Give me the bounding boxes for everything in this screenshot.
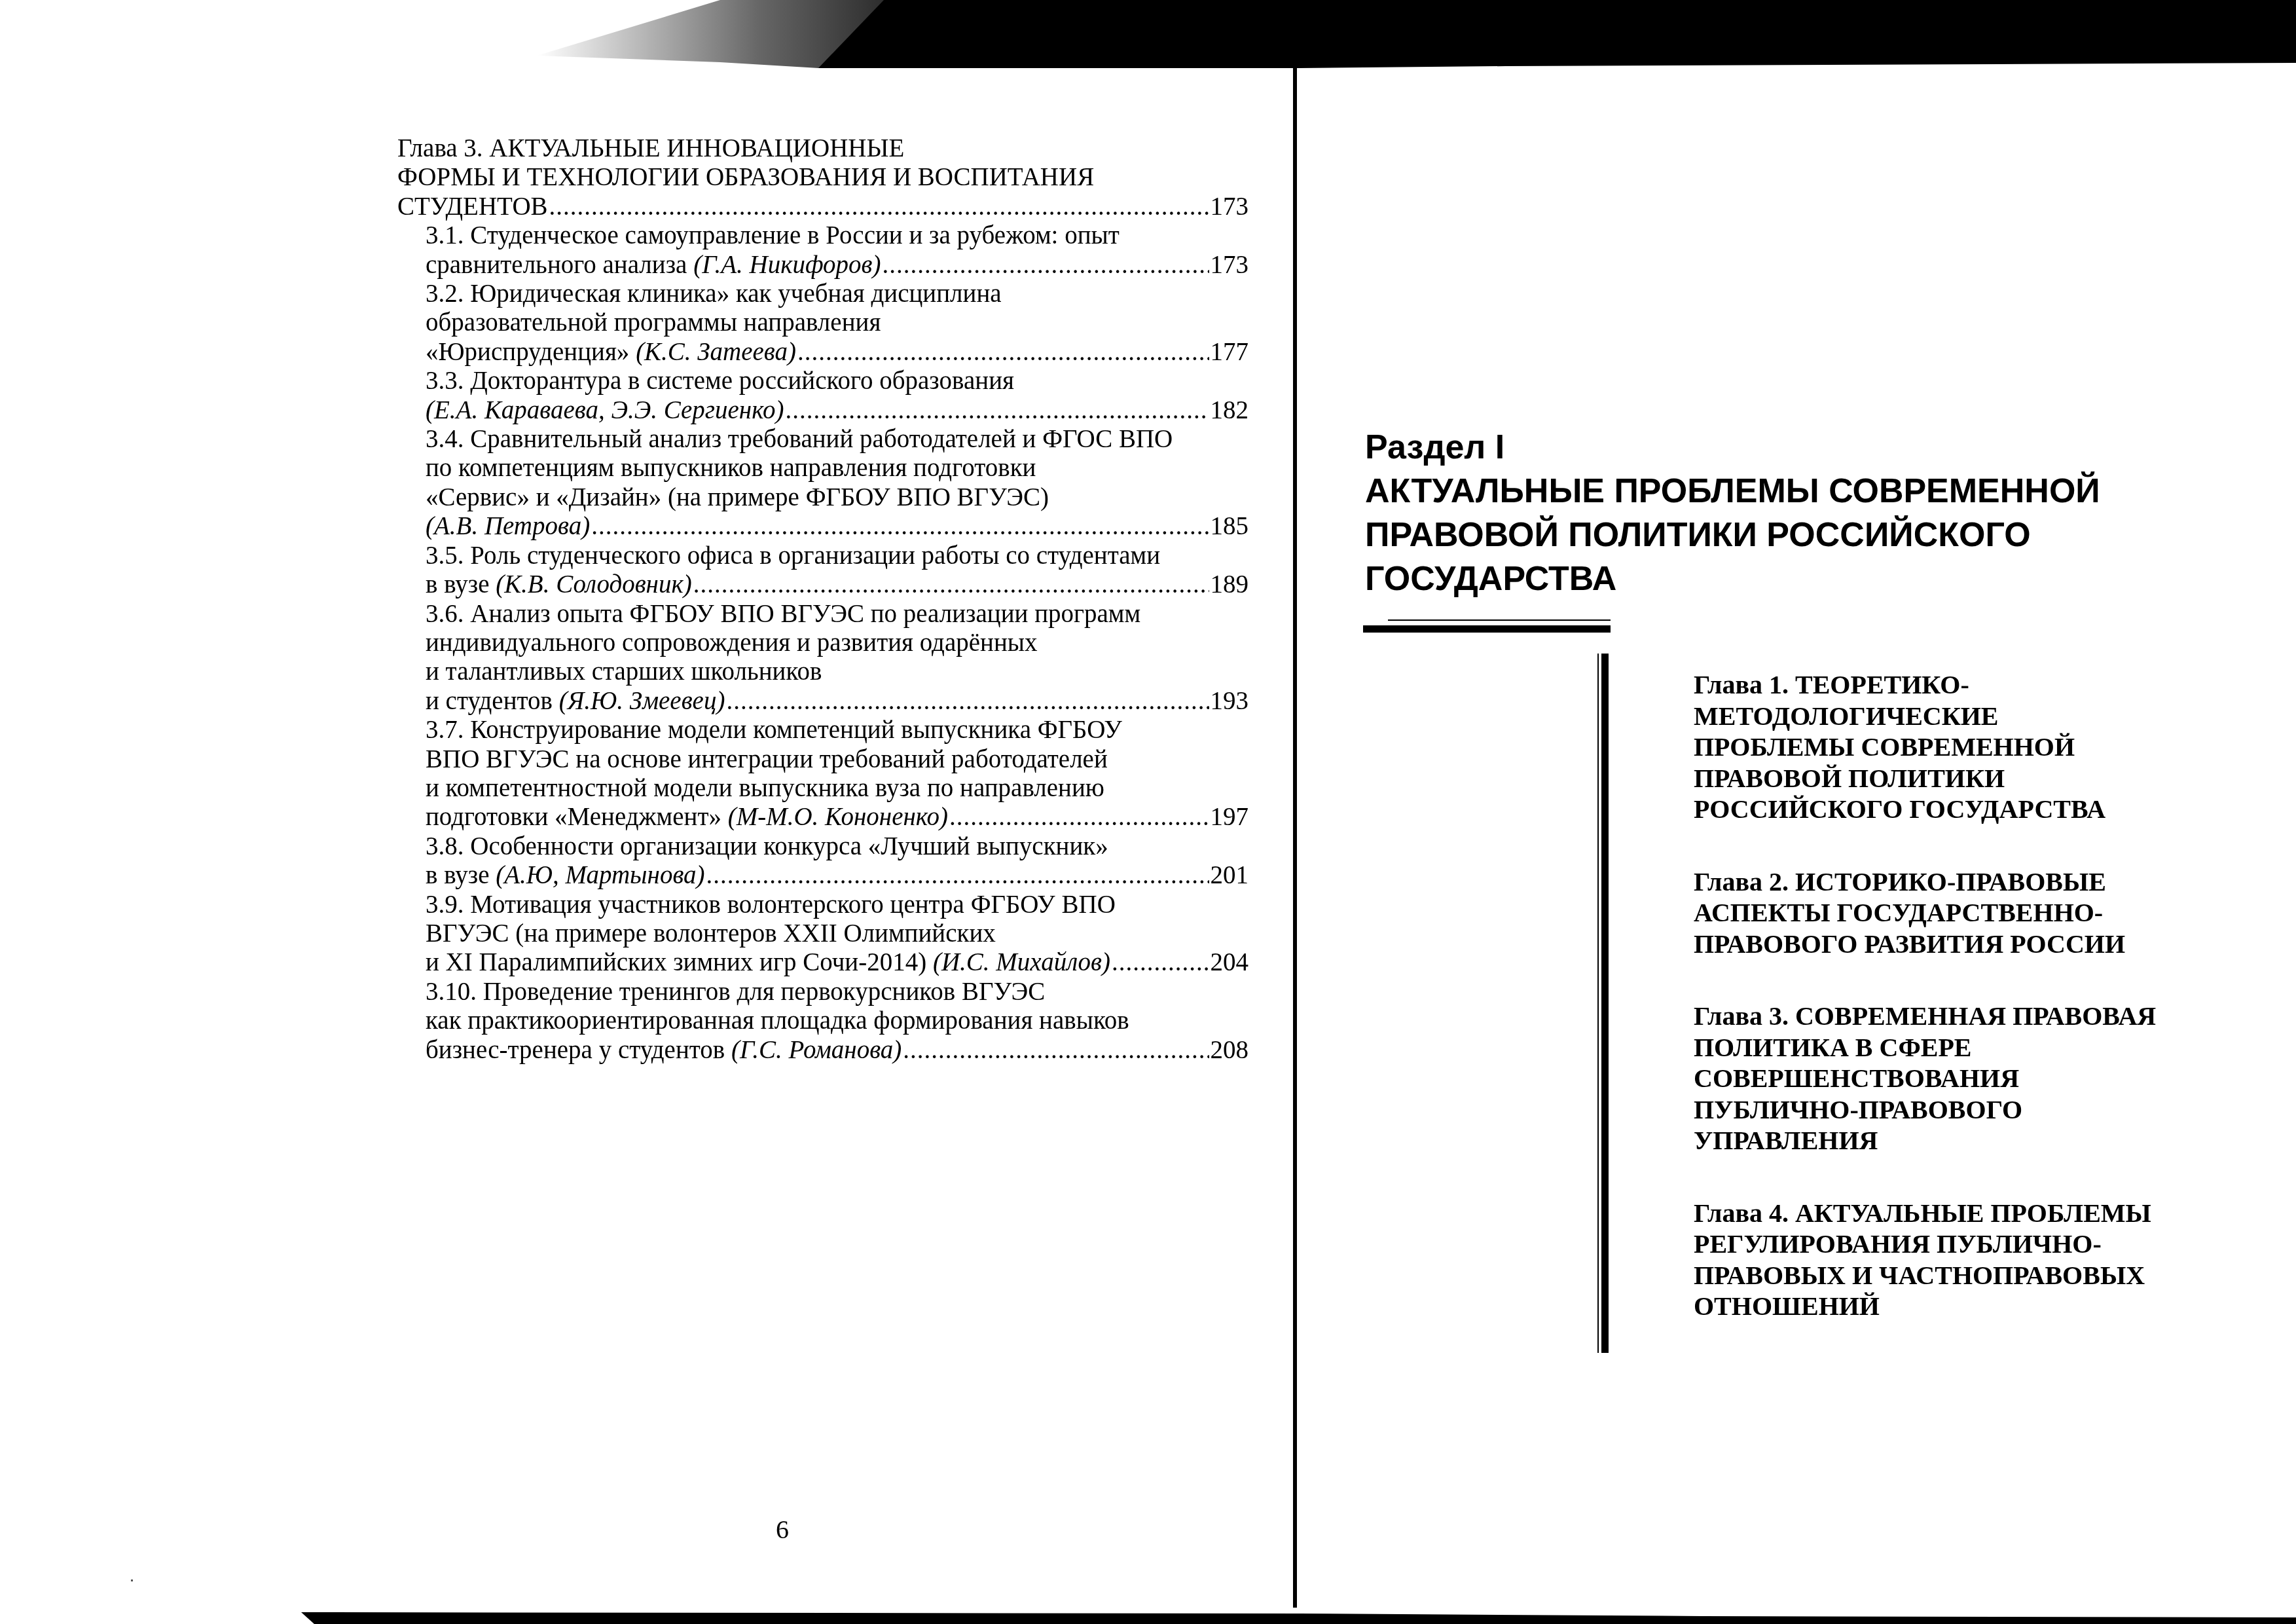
section-title-line: АКТУАЛЬНЫЕ ПРОБЛЕМЫ СОВРЕМЕННОЙ [1365,470,2269,513]
chapter-heading: Глава 3. СОВРЕМЕННАЯ ПРАВОВАЯПОЛИТИКА В … [1694,1001,2283,1156]
chapter-line: ПРОБЛЕМЫ СОВРЕМЕННОЙ [1694,731,2283,763]
toc-line-text: и XI Паралимпийских зимних игр Сочи-2014… [426,948,933,976]
chapter-list: Глава 1. ТЕОРЕТИКО-МЕТОДОЛОГИЧЕСКИЕПРОБЛ… [1694,669,2283,1363]
section-title-line: ПРАВОВОЙ ПОЛИТИКИ РОССИЙСКОГО [1365,513,2269,557]
toc-line-text: и студентов [426,687,559,715]
chapter-line: РОССИЙСКОГО ГОСУДАРСТВА [1694,794,2283,825]
toc-line-text: в вузе [426,861,496,889]
toc-page-number: 182 [1211,396,1249,425]
toc-entry[interactable]: 3.1. Студенческое самоуправление в Росси… [397,221,1248,280]
toc-line-last: в вузе (К.В. Солодовник)189 [426,570,1248,599]
toc-line-text: ВПО ВГУЭС на основе интеграции требовани… [426,745,1248,774]
toc-lead-text: подготовки «Менеджмент» (М-М.О. Кононенк… [426,803,948,832]
dot-leader [882,251,1209,280]
chapter-line: ОТНОШЕНИЙ [1694,1291,2283,1322]
toc-line-text: 3.2. Юридическая клиника» как учебная ди… [426,280,1248,308]
toc-entry[interactable]: 3.10. Проведение тренингов для первокурс… [397,978,1248,1065]
section-label: Раздел I [1365,426,2269,470]
table-of-contents: Глава 3. АКТУАЛЬНЫЕ ИННОВАЦИОННЫЕФОРМЫ И… [397,134,1248,1065]
chapter-line: Глава 4. АКТУАЛЬНЫЕ ПРОБЛЕМЫ [1694,1198,2283,1229]
toc-line-text: 3.4. Сравнительный анализ требований раб… [426,425,1248,454]
toc-line-last: и студентов (Я.Ю. Змеевец)193 [426,687,1248,716]
dot-leader [797,338,1209,367]
toc-entry[interactable]: 3.2. Юридическая клиника» как учебная ди… [397,280,1248,367]
toc-lead-text: сравнительного анализа (Г.А. Никифоров) [426,251,881,280]
toc-line-last: бизнес-тренера у студентов (Г.С. Романов… [426,1036,1248,1065]
toc-entry[interactable]: 3.4. Сравнительный анализ требований раб… [397,425,1248,542]
toc-author: (А.В. Петрова) [426,512,590,540]
toc-line-last: и XI Паралимпийских зимних игр Сочи-2014… [426,948,1248,977]
toc-lead-text: (А.В. Петрова) [426,512,590,541]
toc-entry[interactable]: 3.9. Мотивация участников волонтерского … [397,891,1248,978]
toc-author: (М-М.О. Кононенко) [728,803,948,831]
toc-line-last: «Юриспруденция» (К.С. Затеева)177 [426,338,1248,367]
toc-line-last: в вузе (А.Ю, Мартынова)201 [426,861,1248,890]
dot-leader [726,687,1209,716]
chapter-line: Глава 1. ТЕОРЕТИКО- [1694,669,2283,701]
toc-lead-text: СТУДЕНТОВ [397,193,548,221]
toc-line-last: сравнительного анализа (Г.А. Никифоров)1… [426,251,1248,280]
toc-entry[interactable]: 3.3. Докторантура в системе российского … [397,367,1248,425]
toc-page-number: 193 [1211,687,1249,716]
toc-line-text: 3.9. Мотивация участников волонтерского … [426,891,1248,919]
scan-speck [131,1579,133,1581]
toc-line-text: образовательной программы направления [426,308,1248,337]
toc-author: (И.С. Михайлов) [933,948,1110,976]
toc-line-text: СТУДЕНТОВ [397,193,548,221]
chapter-line: Глава 2. ИСТОРИКО-ПРАВОВЫЕ [1694,866,2283,898]
toc-page-number: 201 [1211,861,1249,890]
dot-leader [949,803,1209,832]
toc-entry[interactable]: 3.8. Особенности организации конкурса «Л… [397,832,1248,891]
toc-entry[interactable]: 3.6. Анализ опыта ФГБОУ ВПО ВГУЭС по реа… [397,600,1248,716]
dot-leader [591,512,1209,541]
toc-author: (Е.А. Караваева, Э.Э. Сергиенко) [426,396,784,424]
toc-line-last: (А.В. Петрова)185 [426,512,1248,541]
section-title: АКТУАЛЬНЫЕ ПРОБЛЕМЫ СОВРЕМЕННОЙПРАВОВОЙ … [1365,470,2269,601]
chapter-heading: Глава 1. ТЕОРЕТИКО-МЕТОДОЛОГИЧЕСКИЕПРОБЛ… [1694,669,2283,825]
section-heading: Раздел I АКТУАЛЬНЫЕ ПРОБЛЕМЫ СОВРЕМЕННОЙ… [1365,426,2269,601]
toc-lead-text: в вузе (А.Ю, Мартынова) [426,861,705,890]
toc-lead-text: и студентов (Я.Ю. Змеевец) [426,687,725,716]
toc-lead-text: (Е.А. Караваева, Э.Э. Сергиенко) [426,396,784,425]
toc-page-number: 177 [1211,338,1249,367]
toc-line-text: 3.5. Роль студенческого офиса в организа… [426,542,1248,570]
toc-line-last: (Е.А. Караваева, Э.Э. Сергиенко)182 [426,396,1248,425]
toc-entry[interactable]: Глава 3. АКТУАЛЬНЫЕ ИННОВАЦИОННЫЕФОРМЫ И… [397,134,1248,221]
toc-line-last: СТУДЕНТОВ173 [397,193,1248,221]
chapter-line: ПУБЛИЧНО-ПРАВОВОГО [1694,1094,2283,1126]
toc-page-number: 185 [1211,512,1249,541]
dot-leader [693,570,1209,599]
toc-page-number: 189 [1211,570,1249,599]
toc-page-number: 208 [1211,1036,1249,1065]
toc-lead-text: и XI Паралимпийских зимних игр Сочи-2014… [426,948,1110,977]
toc-page-number: 173 [1211,251,1249,280]
chapter-line: УПРАВЛЕНИЯ [1694,1125,2283,1156]
chapter-bar-thick [1601,654,1609,1353]
toc-line-text: Глава 3. АКТУАЛЬНЫЕ ИННОВАЦИОННЫЕ [397,134,1248,163]
toc-line-last: подготовки «Менеджмент» (М-М.О. Кононенк… [426,803,1248,832]
toc-line-text: как практикоориентированная площадка фор… [426,1006,1248,1035]
toc-line-text: ФОРМЫ И ТЕХНОЛОГИИ ОБРАЗОВАНИЯ И ВОСПИТА… [397,163,1248,192]
toc-author: (Я.Ю. Змеевец) [559,687,725,715]
chapter-line: СОВЕРШЕНСТВОВАНИЯ [1694,1063,2283,1094]
chapter-line: МЕТОДОЛОГИЧЕСКИЕ [1694,701,2283,732]
toc-line-text: ВГУЭС (на примере волонтеров XXII Олимпи… [426,919,1248,948]
toc-line-text: бизнес-тренера у студентов [426,1036,731,1064]
toc-line-text: 3.1. Студенческое самоуправление в Росси… [426,221,1248,250]
toc-lead-text: в вузе (К.В. Солодовник) [426,570,692,599]
toc-line-text: в вузе [426,570,496,599]
toc-line-text: сравнительного анализа [426,251,693,279]
toc-author: (К.В. Солодовник) [496,570,691,599]
toc-line-text: 3.3. Докторантура в системе российского … [426,367,1248,396]
chapter-heading: Глава 4. АКТУАЛЬНЫЕ ПРОБЛЕМЫРЕГУЛИРОВАНИ… [1694,1198,2283,1322]
chapter-line: АСПЕКТЫ ГОСУДАРСТВЕННО- [1694,897,2283,929]
toc-author: (К.С. Затеева) [636,338,796,366]
toc-entry[interactable]: 3.5. Роль студенческого офиса в организа… [397,542,1248,600]
chapter-line: ПРАВОВОЙ ПОЛИТИКИ [1694,763,2283,794]
scan-shadow-bottom [0,1598,2296,1624]
chapter-line: ПРАВОВОГО РАЗВИТИЯ РОССИИ [1694,929,2283,960]
toc-line-text: подготовки «Менеджмент» [426,803,728,831]
toc-line-text: 3.10. Проведение тренингов для первокурс… [426,978,1248,1006]
dot-leader [785,396,1209,425]
toc-line-text: и талантливых старших школьников [426,657,1248,686]
heading-rule-thick [1363,625,1611,633]
toc-page-number: 204 [1211,948,1249,977]
dot-leader [1112,948,1209,977]
book-spine [1293,62,1297,1608]
toc-page-number: 197 [1211,803,1249,832]
chapter-heading: Глава 2. ИСТОРИКО-ПРАВОВЫЕАСПЕКТЫ ГОСУДА… [1694,866,2283,960]
chapter-line: ПРАВОВЫХ И ЧАСТНОПРАВОВЫХ [1694,1260,2283,1291]
toc-line-text: и компетентностной модели выпускника вуз… [426,774,1248,803]
toc-author: (А.Ю, Мартынова) [496,861,704,889]
dot-leader [549,193,1209,221]
toc-line-text: 3.7. Конструирование модели компетенций … [426,716,1248,745]
toc-line-text: 3.6. Анализ опыта ФГБОУ ВПО ВГУЭС по реа… [426,600,1248,629]
dot-leader [903,1036,1209,1065]
scan-shadow-top [0,0,2296,72]
toc-line-text: индивидуального сопровождения и развития… [426,629,1248,657]
toc-lead-text: бизнес-тренера у студентов (Г.С. Романов… [426,1036,902,1065]
section-title-line: ГОСУДАРСТВА [1365,557,2269,601]
heading-rule-thin [1388,619,1611,621]
toc-page-number: 173 [1211,193,1249,221]
toc-lead-text: «Юриспруденция» (К.С. Затеева) [426,338,796,367]
chapter-line: ПОЛИТИКА В СФЕРЕ [1694,1032,2283,1063]
toc-author: (Г.А. Никифоров) [693,251,881,279]
chapter-bar-thin [1597,654,1599,1353]
toc-author: (Г.С. Романова) [731,1036,902,1064]
chapter-line: Глава 3. СОВРЕМЕННАЯ ПРАВОВАЯ [1694,1001,2283,1032]
toc-line-text: «Юриспруденция» [426,338,636,366]
toc-line-text: 3.8. Особенности организации конкурса «Л… [426,832,1248,861]
dot-leader [706,861,1209,890]
chapter-line: РЕГУЛИРОВАНИЯ ПУБЛИЧНО- [1694,1228,2283,1260]
page-number: 6 [776,1514,789,1545]
toc-line-text: «Сервис» и «Дизайн» (на примере ФГБОУ ВП… [426,483,1248,512]
toc-entry[interactable]: 3.7. Конструирование модели компетенций … [397,716,1248,832]
toc-line-text: по компетенциям выпускников направления … [426,454,1248,483]
